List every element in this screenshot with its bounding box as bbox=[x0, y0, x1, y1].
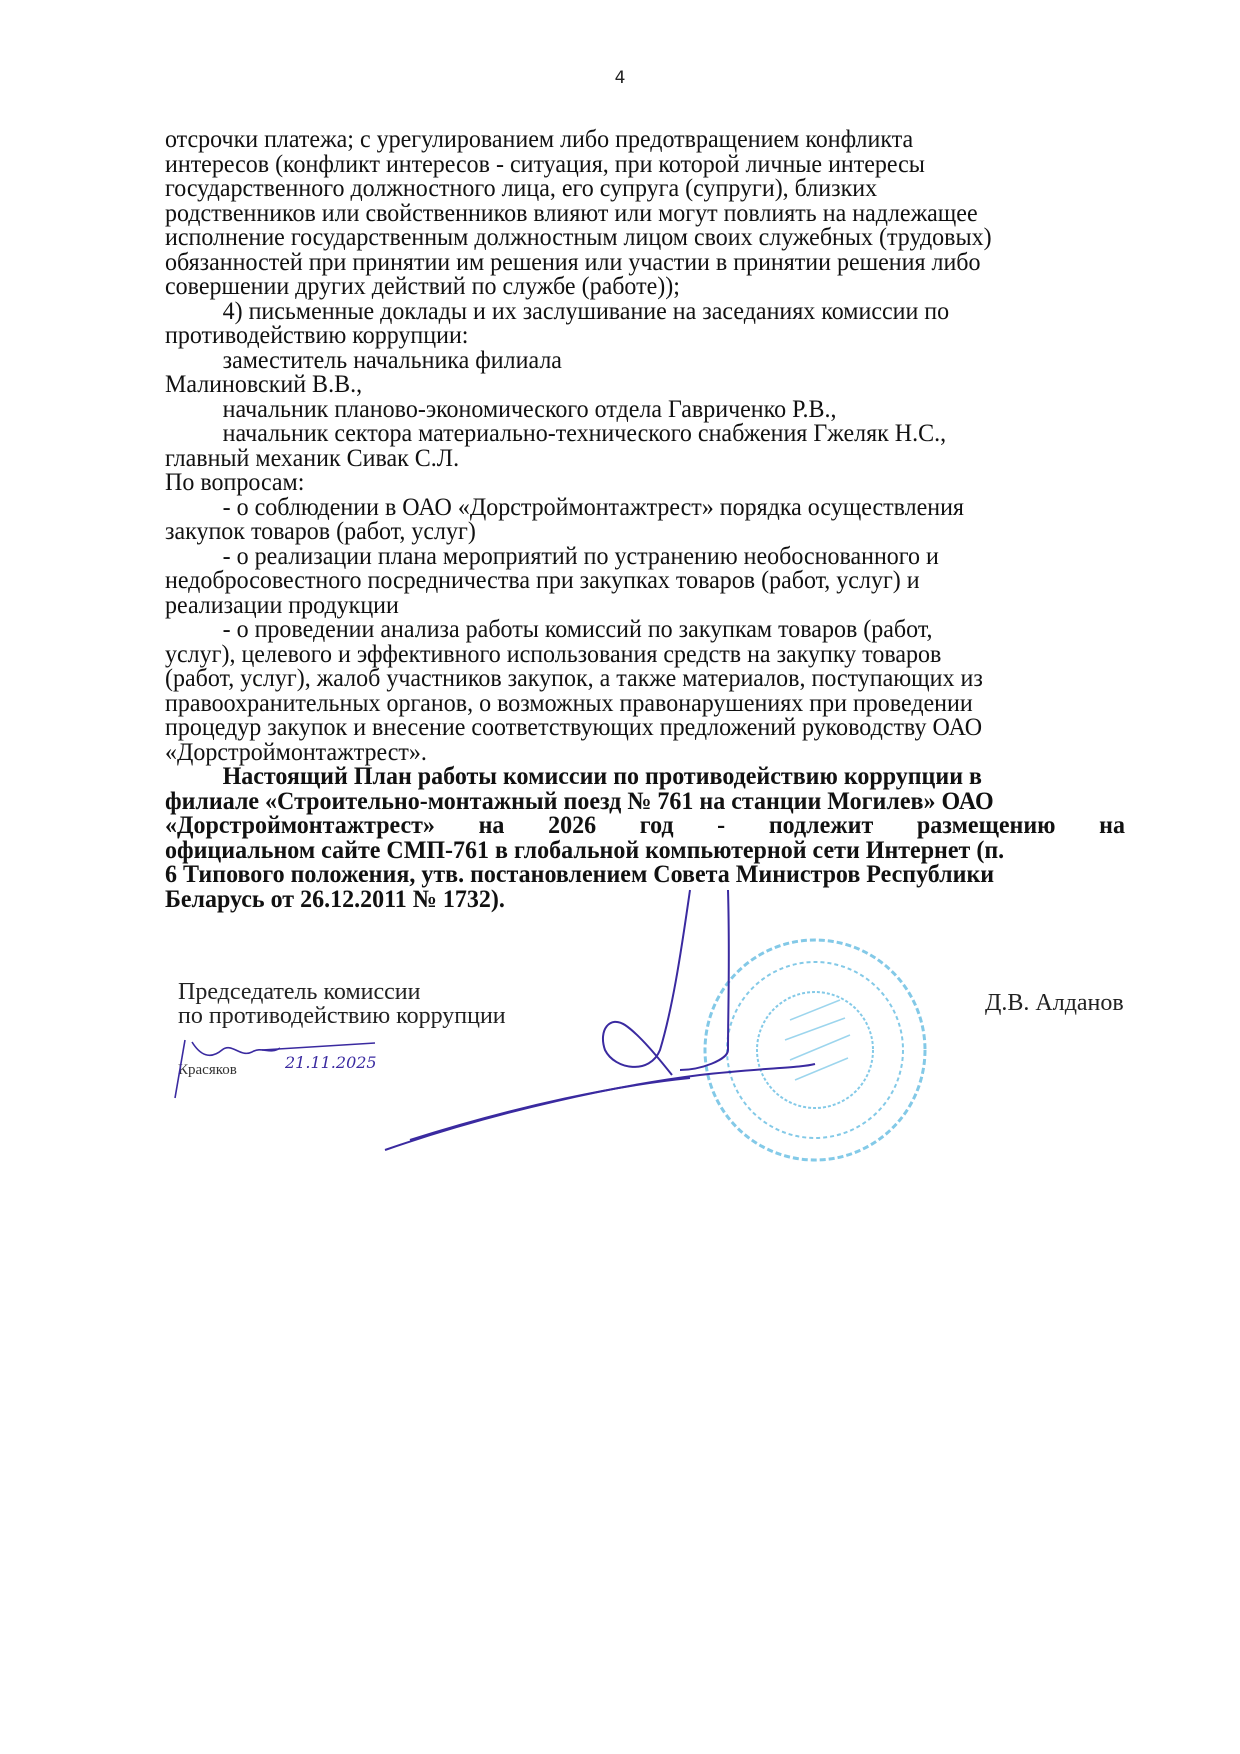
word: размещению bbox=[917, 814, 1056, 839]
question-line: процедур закупок и внесение соответствую… bbox=[165, 716, 1125, 741]
speaker-line: начальник планово-экономического отдела … bbox=[165, 398, 1125, 423]
final-paragraph-line: 6 Типового положения, утв. постановление… bbox=[165, 863, 1125, 888]
final-paragraph-line: официальном сайте СМП-761 в глобальной к… bbox=[165, 839, 1125, 864]
signatory-title-line: по противодействию коррупции bbox=[178, 1004, 506, 1028]
text-line: отсрочки платежа; с урегулированием либо… bbox=[165, 128, 1125, 153]
document-page: 4 отсрочки платежа; с урегулированием ли… bbox=[0, 0, 1240, 1754]
question-line: - о соблюдении в ОАО «Дорстроймонтажтрес… bbox=[165, 496, 1125, 521]
speaker-line: главный механик Сивак С.Л. bbox=[165, 447, 1125, 472]
svg-text:21.11.2025: 21.11.2025 bbox=[284, 1053, 377, 1072]
document-body: отсрочки платежа; с урегулированием либо… bbox=[165, 128, 1125, 912]
question-line: «Дорстроймонтажтрест». bbox=[165, 741, 1125, 766]
final-paragraph-line: филиале «Строительно-монтажный поезд № 7… bbox=[165, 790, 1125, 815]
speaker-line: начальник сектора материально-техническо… bbox=[165, 422, 1125, 447]
speaker-line: заместитель начальника филиала bbox=[165, 349, 1125, 374]
question-line: - о реализации плана мероприятий по устр… bbox=[165, 545, 1125, 570]
prepared-by-name: Красяков bbox=[178, 1062, 237, 1079]
final-paragraph-line: Настоящий План работы комиссии по против… bbox=[165, 765, 1125, 790]
word: год bbox=[640, 814, 674, 839]
item-4-heading-cont: противодействию коррупции: bbox=[165, 324, 1125, 349]
questions-label: По вопросам: bbox=[165, 471, 1125, 496]
text-line: государственного должностного лица, его … bbox=[165, 177, 1125, 202]
question-line: реализации продукции bbox=[165, 594, 1125, 619]
page-number: 4 bbox=[0, 68, 1240, 88]
question-line: услуг), целевого и эффективного использо… bbox=[165, 643, 1125, 668]
question-line: правоохранительных органов, о возможных … bbox=[165, 692, 1125, 717]
text-line: обязанностей при принятии им решения или… bbox=[165, 251, 1125, 276]
word: - bbox=[717, 814, 725, 839]
question-line: - о проведении анализа работы комиссий п… bbox=[165, 618, 1125, 643]
word: на bbox=[479, 814, 505, 839]
text-line: родственников или свойственников влияют … bbox=[165, 202, 1125, 227]
signatory-title: Председатель комиссии по противодействию… bbox=[178, 980, 506, 1028]
question-line: закупок товаров (работ, услуг) bbox=[165, 520, 1125, 545]
final-paragraph-line: Беларусь от 26.12.2011 № 1732). bbox=[165, 888, 1125, 913]
word: на bbox=[1099, 814, 1125, 839]
word: 2026 bbox=[548, 814, 596, 839]
text-line: исполнение государственным должностным л… bbox=[165, 226, 1125, 251]
final-paragraph-justified-line: «Дорстроймонтажтрест» на 2026 год - подл… bbox=[165, 814, 1125, 839]
text-line: интересов (конфликт интересов - ситуация… bbox=[165, 153, 1125, 178]
official-stamp-icon bbox=[705, 940, 925, 1160]
question-line: (работ, услуг), жалоб участников закупок… bbox=[165, 667, 1125, 692]
question-line: недобросовестного посредничества при зак… bbox=[165, 569, 1125, 594]
speaker-line: Малиновский В.В., bbox=[165, 373, 1125, 398]
signatory-name: Д.В. Алданов bbox=[985, 990, 1124, 1017]
word: «Дорстроймонтажтрест» bbox=[165, 814, 435, 839]
text-line: совершении других действий по службе (ра… bbox=[165, 275, 1125, 300]
item-4-heading: 4) письменные доклады и их заслушивание … bbox=[165, 300, 1125, 325]
signatory-title-line: Председатель комиссии bbox=[178, 980, 506, 1004]
word: подлежит bbox=[769, 814, 873, 839]
